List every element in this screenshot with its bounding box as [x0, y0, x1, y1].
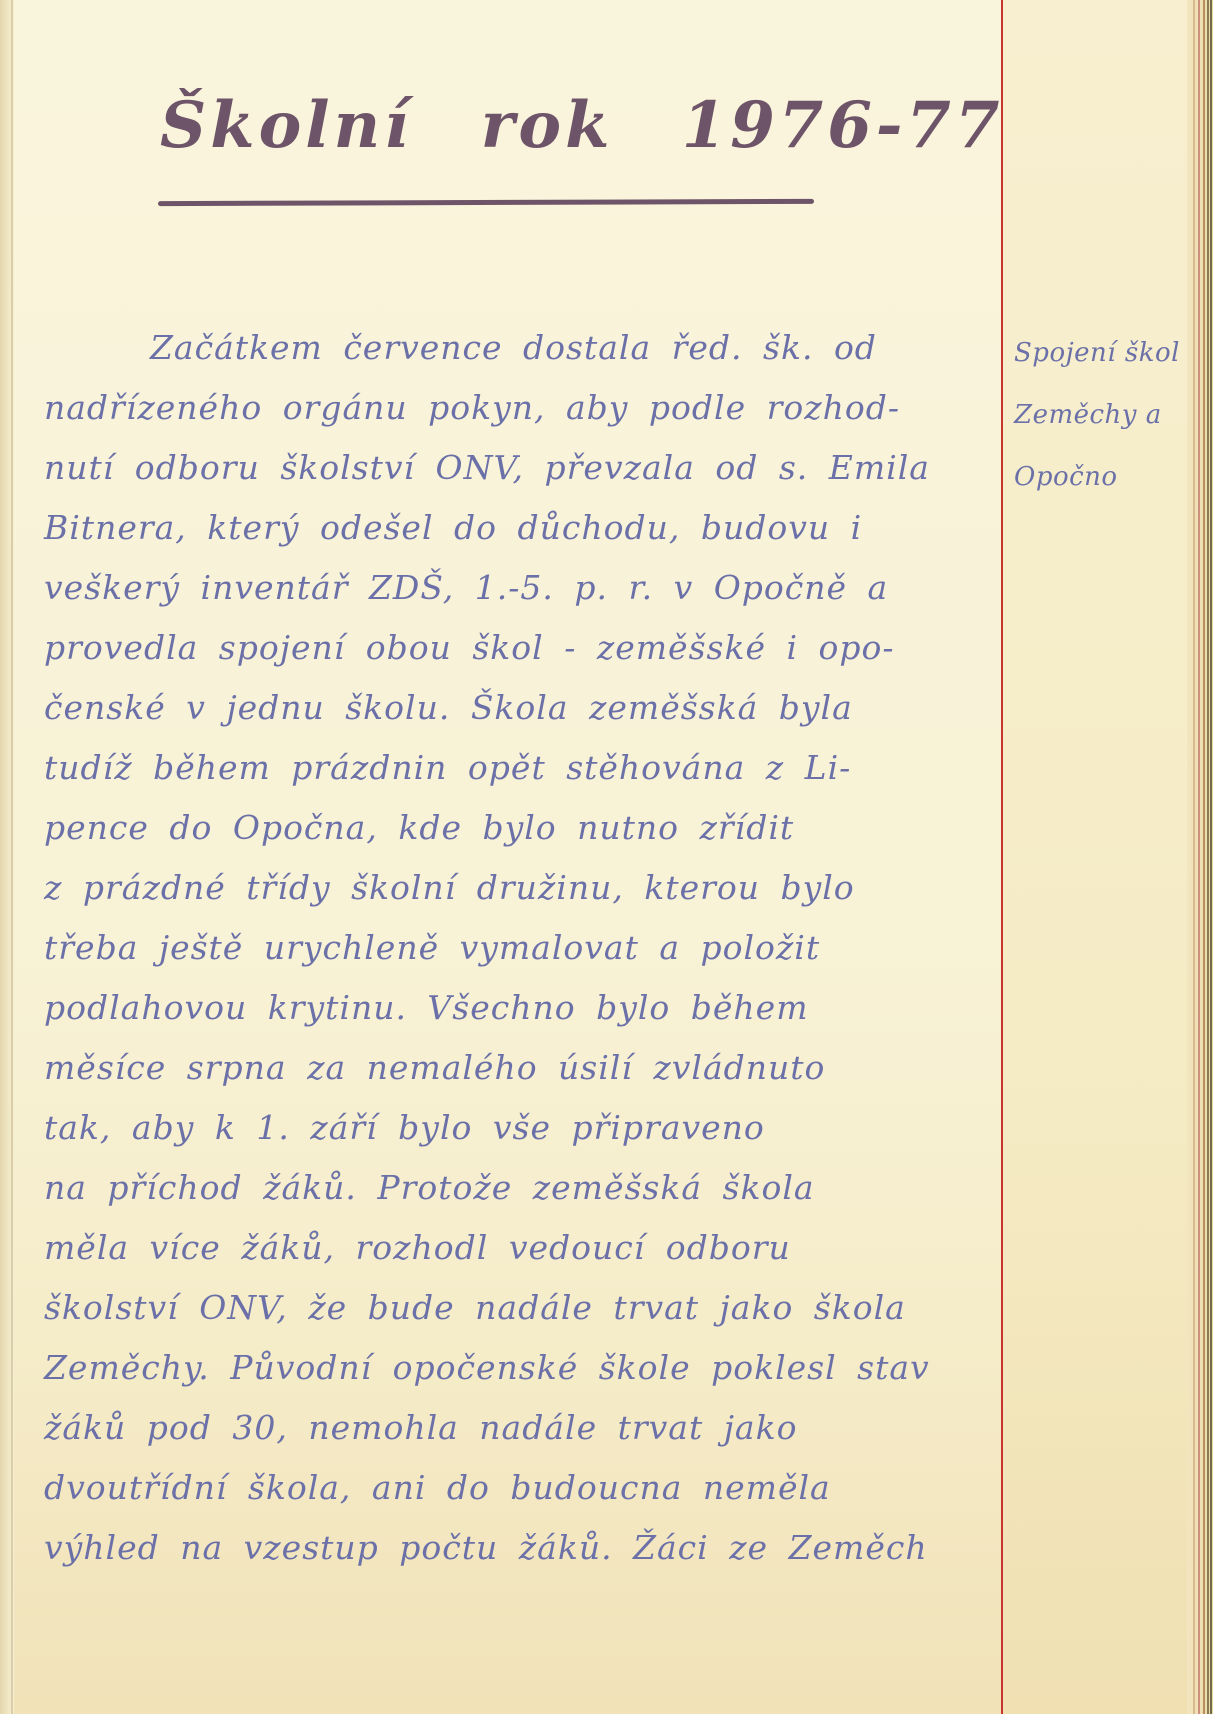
binding-crease-line — [11, 0, 13, 1714]
body-line: školství ONV, že bude nadále trvat jako … — [44, 1278, 994, 1338]
title-underline — [158, 199, 814, 206]
body-line: dvoutřídní škola, ani do budoucna neměla — [44, 1458, 994, 1518]
body-line: veškerý inventář ZDŠ, 1.-5. p. r. v Opoč… — [44, 558, 994, 618]
book-page-stack-edge — [1187, 0, 1213, 1714]
body-line: nadřízeného orgánu pokyn, aby podle rozh… — [44, 378, 994, 438]
body-line: výhled na vzestup počtu žáků. Žáci ze Ze… — [44, 1518, 994, 1578]
body-line: tudíž během prázdnin opět stěhována z Li… — [44, 738, 994, 798]
handwritten-body: Začátkem července dostala řed. šk. od na… — [44, 318, 994, 1578]
margin-note-line: Opočno — [1014, 446, 1204, 508]
body-line: měla více žáků, rozhodl vedoucí odboru — [44, 1218, 994, 1278]
page-edge-line — [1210, 0, 1212, 1714]
body-line: tak, aby k 1. září bylo vše připraveno — [44, 1098, 994, 1158]
margin-column-background — [1003, 0, 1213, 1714]
body-line: na příchod žáků. Protože zeměšská škola — [44, 1158, 994, 1218]
title-block: Školní rok 1976-77 — [160, 88, 840, 163]
body-line: nutí odboru školství ONV, převzala od s.… — [44, 438, 994, 498]
margin-note-line: Zeměchy a — [1014, 384, 1204, 446]
page-edge-line — [1198, 0, 1200, 1714]
margin-notes: Spojení škol Zeměchy a Opočno — [1014, 322, 1204, 508]
scanned-chronicle-page: Školní rok 1976-77 Začátkem července dos… — [0, 0, 1213, 1714]
body-line: Bitnera, který odešel do důchodu, budovu… — [44, 498, 994, 558]
body-line: čenské v jednu školu. Škola zeměšská byl… — [44, 678, 994, 738]
body-line: z prázdné třídy školní družinu, kterou b… — [44, 858, 994, 918]
body-line: provedla spojení obou škol - zeměšské i … — [44, 618, 994, 678]
body-line: pence do Opočna, kde bylo nutno zřídit — [44, 798, 994, 858]
body-line: Zeměchy. Původní opočenské škole poklesl… — [44, 1338, 994, 1398]
body-line: podlahovou krytinu. Všechno bylo během — [44, 978, 994, 1038]
body-line: měsíce srpna za nemalého úsilí zvládnuto — [44, 1038, 994, 1098]
page-edge-line — [1203, 0, 1205, 1714]
body-line: třeba ještě urychleně vymalovat a položi… — [44, 918, 994, 978]
margin-note-line: Spojení škol — [1014, 322, 1204, 384]
body-line: žáků pod 30, nemohla nadále trvat jako — [44, 1398, 994, 1458]
red-margin-rule — [1001, 0, 1003, 1714]
body-line: Začátkem července dostala řed. šk. od — [44, 318, 994, 378]
page-edge-line — [1207, 0, 1209, 1714]
page-title: Školní rok 1976-77 — [160, 88, 840, 163]
page-edge-line — [1193, 0, 1195, 1714]
